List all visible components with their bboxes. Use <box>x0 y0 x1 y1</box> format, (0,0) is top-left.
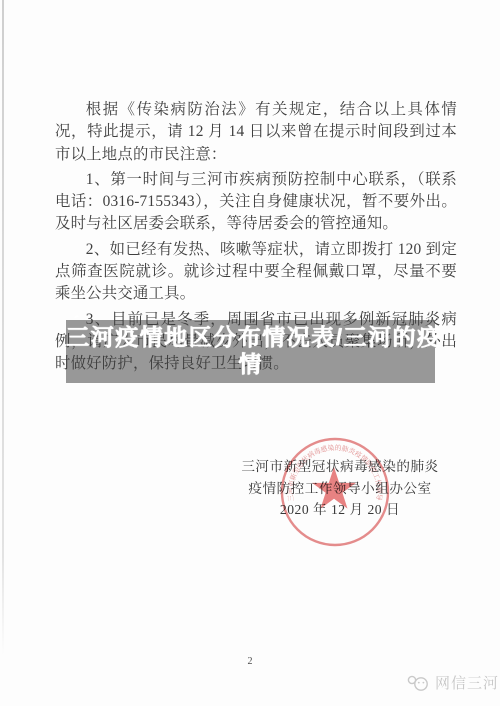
watermark: 网信三河 <box>406 672 499 693</box>
page-edge-shadow <box>2 0 4 655</box>
wangxin-logo-icon <box>406 673 432 693</box>
paragraph-item-2: 2、如已经有发热、咳嗽等症状，请立即拨打 120 到定点筛查医院就诊。就诊过程中… <box>55 239 457 306</box>
seal-star <box>312 467 356 509</box>
title-banner-overlay: ˊ 三河疫情地区分布情况表/三河的疫 情 <box>66 320 435 383</box>
page-number: 2 <box>240 656 260 667</box>
paragraph-intro: 根据《传染病防治法》有关规定，结合以上具体情况，特此提示，请 12 月 14 日… <box>55 99 457 166</box>
document-page: 根据《传染病防治法》有关规定，结合以上具体情况，特此提示，请 12 月 14 日… <box>0 0 500 706</box>
watermark-label: 网信三河 <box>435 672 499 693</box>
official-seal: 三河市新型冠状病毒感染的肺炎疫情防控工作领导小组 <box>277 434 393 550</box>
page-title-line-2: 情 <box>66 351 435 378</box>
page-title-line-1: 三河疫情地区分布情况表/三河的疫 <box>66 324 435 351</box>
paragraph-item-1: 1、第一时间与三河市疾病预防控制中心联系，（联系电话：0316-7155343）… <box>55 169 457 236</box>
